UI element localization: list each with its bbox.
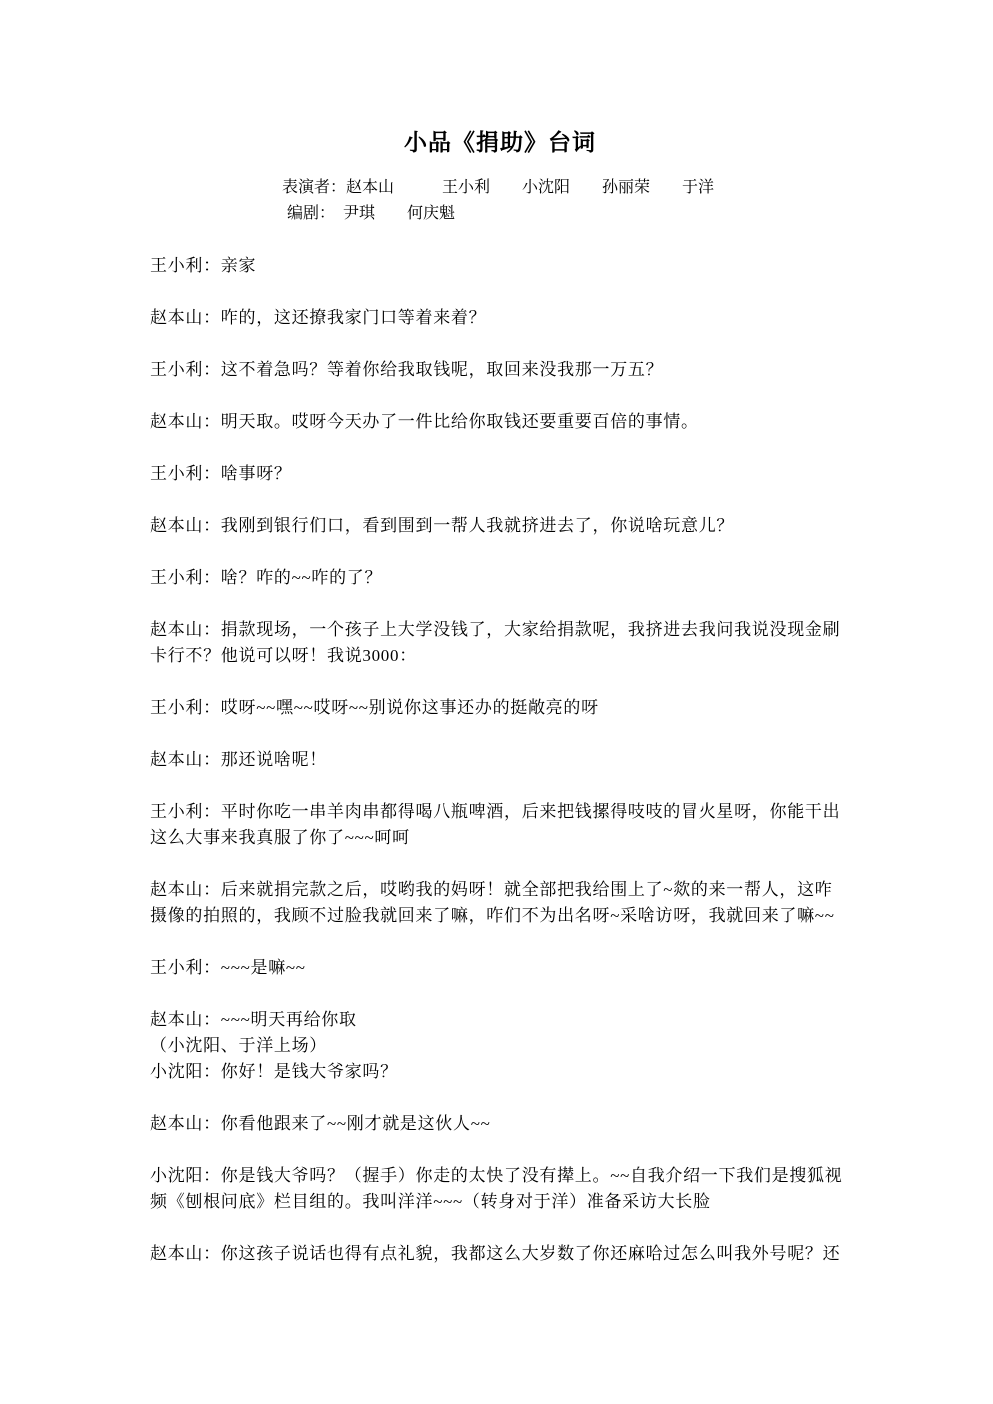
dialogue-paragraph: 王小利：啥？咋的~~咋的了？ bbox=[150, 565, 850, 591]
dialogue-paragraph: 赵本山：你这孩子说话也得有点礼貌，我都这么大岁数了你还麻哈过怎么叫我外号呢？还 bbox=[150, 1241, 850, 1267]
dialogue-paragraph: 赵本山：~~~明天再给你取（小沈阳、于洋上场）小沈阳：你好！是钱大爷家吗？ bbox=[150, 1007, 850, 1085]
dialogue-line: 王小利：亲家 bbox=[150, 256, 256, 275]
dialogue-line: 小沈阳：你好！是钱大爷家吗？ bbox=[150, 1062, 398, 1081]
page-title: 小品《捐助》台词 bbox=[150, 128, 850, 158]
dialogue-line: 赵本山：~~~明天再给你取 bbox=[150, 1010, 357, 1029]
dialogue-paragraph: 赵本山：咋的，这还撩我家门口等着来着？ bbox=[150, 305, 850, 331]
dialogue-paragraph: 赵本山：明天取。哎呀今天办了一件比给你取钱还要重要百倍的事情。 bbox=[150, 409, 850, 435]
dialogue-line: （小沈阳、于洋上场） bbox=[150, 1036, 327, 1055]
dialogue-line: 赵本山：我刚到银行们口，看到围到一帮人我就挤进去了，你说啥玩意儿？ bbox=[150, 516, 734, 535]
dialogue-line: 王小利：啥事呀？ bbox=[150, 464, 292, 483]
dialogue-paragraph: 赵本山：我刚到银行们口，看到围到一帮人我就挤进去了，你说啥玩意儿？ bbox=[150, 513, 850, 539]
dialogue-paragraph: 王小利：平时你吃一串羊肉串都得喝八瓶啤酒，后来把钱摞得吱吱的冒火星呀，你能干出这… bbox=[150, 799, 850, 851]
dialogue-line: 王小利：平时你吃一串羊肉串都得喝八瓶啤酒，后来把钱摞得吱吱的冒火星呀，你能干出这… bbox=[150, 802, 840, 847]
dialogue-paragraph: 赵本山：捐款现场，一个孩子上大学没钱了，大家给捐款呢，我挤进去我问我说没现金刷卡… bbox=[150, 617, 850, 669]
dialogue-line: 小沈阳：你是钱大爷吗？（握手）你走的太快了没有撵上。~~自我介绍一下我们是搜狐视… bbox=[150, 1166, 842, 1211]
dialogue-line: 王小利：~~~是嘛~~ bbox=[150, 958, 306, 977]
dialogue-line: 赵本山：你这孩子说话也得有点礼貌，我都这么大岁数了你还麻哈过怎么叫我外号呢？还 bbox=[150, 1244, 840, 1263]
dialogue-line: 赵本山：明天取。哎呀今天办了一件比给你取钱还要重要百倍的事情。 bbox=[150, 412, 699, 431]
document-content: 小品《捐助》台词 表演者：赵本山 王小利 小沈阳 孙丽荣 于洋 编剧： 尹琪 何… bbox=[150, 128, 850, 1293]
dialogue-paragraph: 赵本山：那还说啥呢！ bbox=[150, 747, 850, 773]
dialogue-paragraph: 小沈阳：你是钱大爷吗？（握手）你走的太快了没有撵上。~~自我介绍一下我们是搜狐视… bbox=[150, 1163, 850, 1215]
dialogue-paragraph: 王小利：~~~是嘛~~ bbox=[150, 955, 850, 981]
performers-line: 表演者：赵本山 王小利 小沈阳 孙丽荣 于洋 bbox=[150, 175, 850, 201]
dialogue-line: 赵本山：后来就捐完款之后，哎哟我的妈呀！就全部把我给围上了~欻的来一帮人，这咋摄… bbox=[150, 880, 835, 925]
writers-line: 编剧： 尹琪 何庆魁 bbox=[150, 201, 850, 227]
dialogue-line: 赵本山：捐款现场，一个孩子上大学没钱了，大家给捐款呢，我挤进去我问我说没现金刷卡… bbox=[150, 620, 840, 665]
dialogue-paragraph: 赵本山：你看他跟来了~~刚才就是这伙人~~ bbox=[150, 1111, 850, 1137]
dialogue-line: 赵本山：咋的，这还撩我家门口等着来着？ bbox=[150, 308, 486, 327]
dialogue-paragraph: 赵本山：后来就捐完款之后，哎哟我的妈呀！就全部把我给围上了~欻的来一帮人，这咋摄… bbox=[150, 877, 850, 929]
dialogue-line: 赵本山：那还说啥呢！ bbox=[150, 750, 327, 769]
dialogue-paragraph: 王小利：这不着急吗？等着你给我取钱呢，取回来没我那一万五？ bbox=[150, 357, 850, 383]
dialogue-paragraph: 王小利：亲家 bbox=[150, 253, 850, 279]
dialogue-line: 王小利：啥？咋的~~咋的了？ bbox=[150, 568, 382, 587]
dialogue-paragraph: 王小利：哎呀~~嘿~~哎呀~~别说你这事还办的挺敞亮的呀 bbox=[150, 695, 850, 721]
document-page: 小品《捐助》台词 表演者：赵本山 王小利 小沈阳 孙丽荣 于洋 编剧： 尹琪 何… bbox=[0, 0, 993, 1404]
dialogue-line: 赵本山：你看他跟来了~~刚才就是这伙人~~ bbox=[150, 1114, 491, 1133]
dialogue-line: 王小利：哎呀~~嘿~~哎呀~~别说你这事还办的挺敞亮的呀 bbox=[150, 698, 599, 717]
script-body: 王小利：亲家赵本山：咋的，这还撩我家门口等着来着？王小利：这不着急吗？等着你给我… bbox=[150, 253, 850, 1267]
dialogue-line: 王小利：这不着急吗？等着你给我取钱呢，取回来没我那一万五？ bbox=[150, 360, 663, 379]
dialogue-paragraph: 王小利：啥事呀？ bbox=[150, 461, 850, 487]
